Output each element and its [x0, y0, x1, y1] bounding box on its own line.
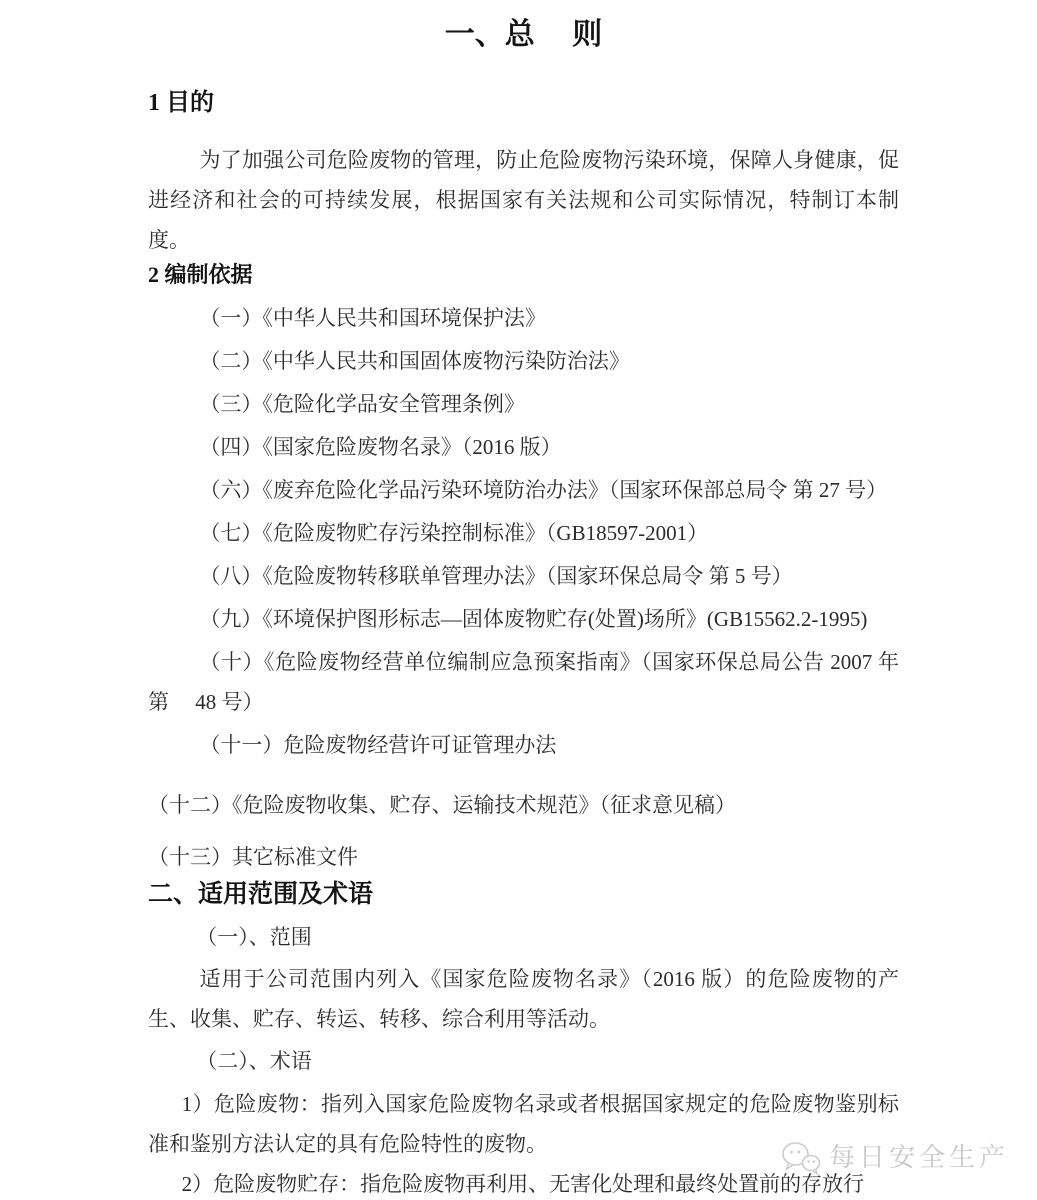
reference-item-1: （一）《中华人民共和国环境保护法》 — [148, 298, 899, 338]
reference-item-4: （四）《国家危险废物名录》（2016 版） — [148, 427, 899, 467]
heading-basis: 2 编制依据 — [148, 260, 899, 290]
reference-item-7: （七）《危险废物贮存污染控制标准》（GB18597-2001） — [148, 513, 899, 553]
reference-item-3: （三）《危险化学品安全管理条例》 — [148, 384, 899, 424]
reference-item-8: （八）《危险废物转移联单管理办法》（国家环保总局令 第 5 号） — [148, 556, 899, 596]
reference-item-10: （十）《危险废物经营单位编制应急预案指南》（国家环保总局公告 2007 年 第 … — [148, 642, 899, 722]
heading-purpose: 1 目的 — [148, 86, 899, 120]
reference-item-12: （十二）《危险废物收集、贮存、运输技术规范》（征求意见稿） — [148, 785, 899, 825]
reference-item-9: （九）《环境保护图形标志—固体废物贮存(处置)场所》(GB15562.2-199… — [148, 599, 899, 639]
document-page: 一、总 则 1 目的 为了加强公司危险废物的管理，防止危险废物污染环境，保障人身… — [0, 0, 1037, 1200]
reference-item-13: （十三）其它标准文件 — [148, 837, 899, 877]
terms-label: （二）、术语 — [148, 1041, 899, 1081]
doc-title: 一、总 则 — [148, 0, 899, 56]
scope-paragraph: 适用于公司范围内列入《国家危险废物名录》（2016 版）的危险废物的产生、收集、… — [148, 959, 899, 1039]
purpose-paragraph: 为了加强公司危险废物的管理，防止危险废物污染环境，保障人身健康，促进经济和社会的… — [148, 140, 899, 260]
reference-item-6: （六）《废弃危险化学品污染环境防治办法》（国家环保部总局令 第 27 号） — [148, 470, 899, 510]
term-definition-2: 2）危险废物贮存：指危险废物再利用、无害化处理和最终处置前的存放行 — [148, 1164, 899, 1200]
reference-item-2: （二）《中华人民共和国固体废物污染防治法》 — [148, 341, 899, 381]
scope-label: （一）、范围 — [148, 917, 899, 957]
heading-scope-terms: 二、适用范围及术语 — [148, 877, 899, 913]
term-definition-1: 1）危险废物：指列入国家危险废物名录或者根据国家规定的危险废物鉴别标准和鉴别方法… — [148, 1084, 899, 1164]
reference-item-11: （十一）危险废物经营许可证管理办法 — [148, 725, 899, 765]
